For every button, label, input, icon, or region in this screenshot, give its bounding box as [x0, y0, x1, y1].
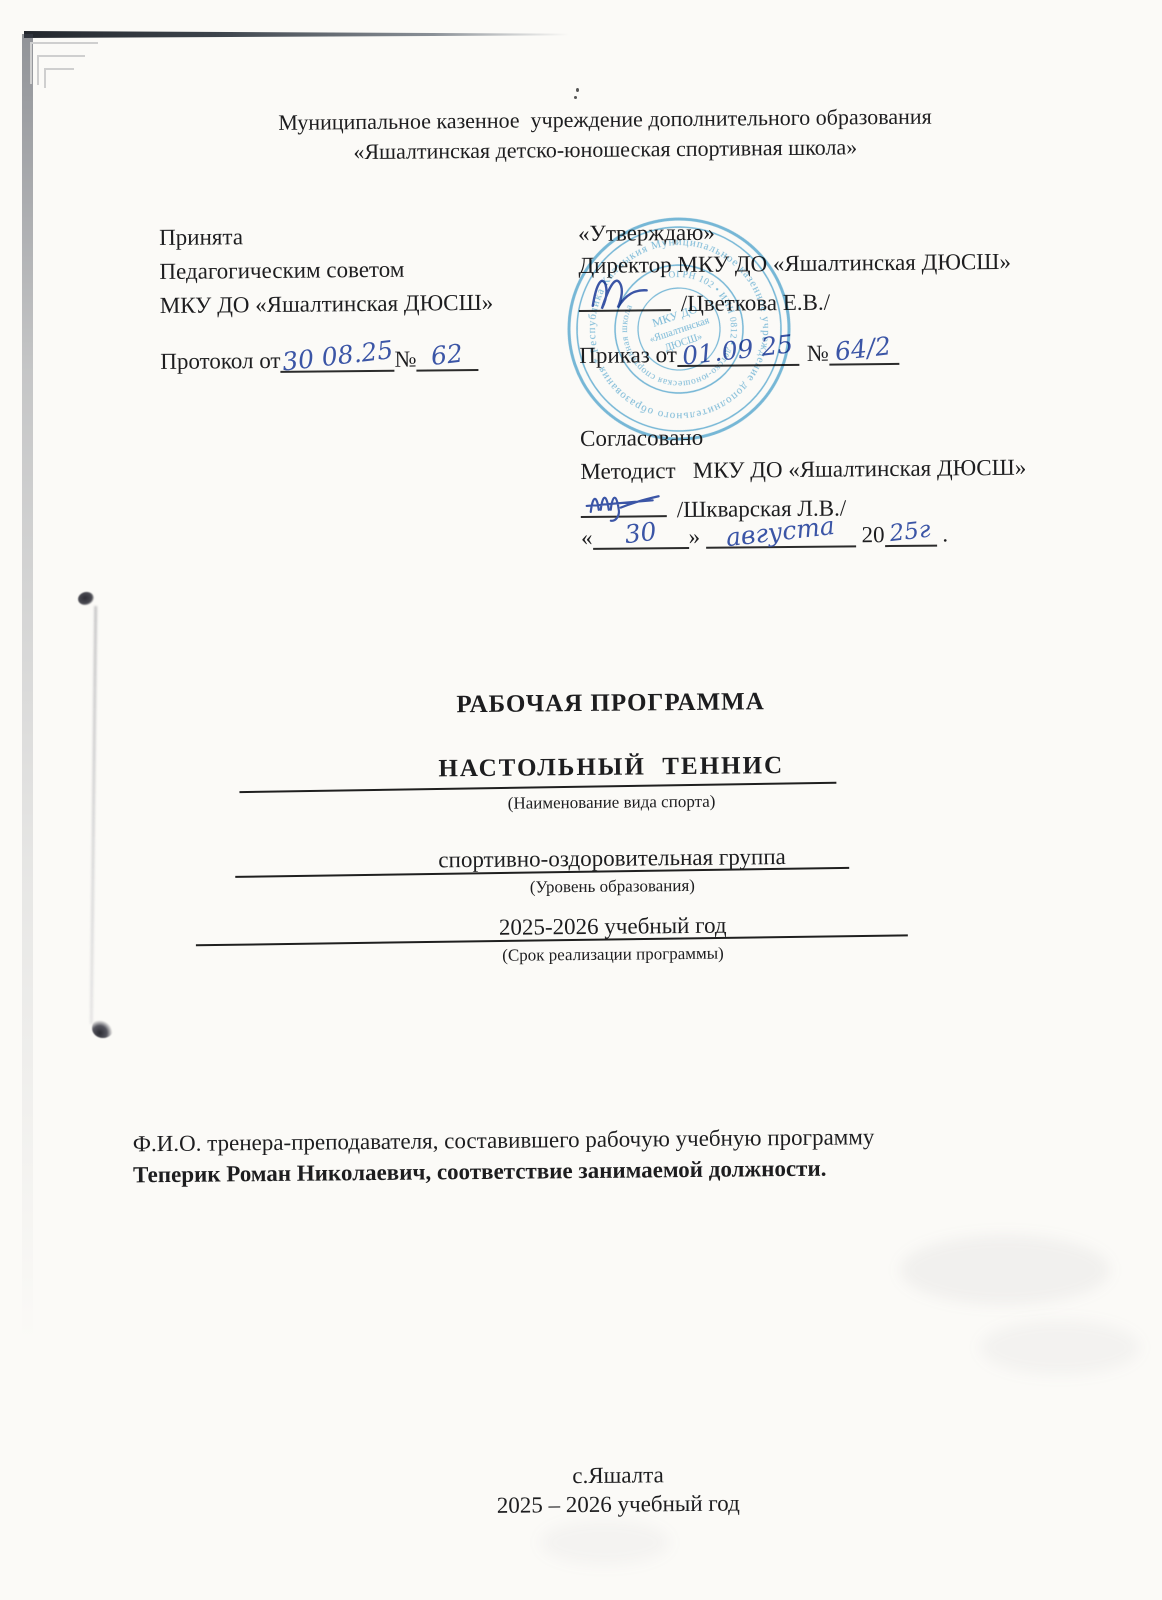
protocol-no-sign: № — [394, 347, 416, 372]
agreed-date-line: «30» августа 2025г . — [581, 520, 948, 552]
day-handwriting: 30 — [623, 519, 657, 547]
document-title: РАБОЧАЯ ПРОГРАММА — [58, 682, 1162, 724]
accepted-line1: Принята — [159, 223, 243, 253]
agreed-line2: Методист МКУ ДО «Яшалтинская ДЮСШ» — [580, 454, 1026, 487]
year-handwriting: 25г — [889, 519, 932, 547]
protocol-line: Протокол от30 08.25№62 — [160, 345, 478, 377]
quote-close: » — [688, 524, 700, 549]
sport-caption: (Наименование вида спорта) — [59, 786, 1162, 818]
month-slot: августа — [706, 521, 856, 548]
year-prefix: 20 — [861, 522, 884, 547]
document-content: Муниципальное казенное учреждение дополн… — [0, 0, 1162, 1600]
methodist-signature-slot — [581, 491, 667, 518]
author-intro: Ф.И.О. тренера-преподавателя, составивше… — [133, 1123, 875, 1159]
accepted-line2: Педагогическим советом — [159, 256, 404, 287]
order-number-handwriting: 64/2 — [834, 333, 893, 364]
quote-open: « — [581, 525, 593, 550]
day-slot: 30 — [592, 523, 688, 550]
order-number-slot: 64/2 — [829, 339, 899, 366]
protocol-number-slot: 62 — [416, 345, 478, 372]
accepted-line3: МКУ ДО «Яшалтинская ДЮСШ» — [160, 289, 494, 321]
protocol-prefix: Протокол от — [160, 348, 280, 374]
year-slot: 25г — [884, 521, 936, 547]
author-name: Теперик Роман Николаевич, соответствие з… — [133, 1155, 827, 1190]
protocol-date-slot: 30 08.25 — [280, 346, 394, 373]
date-period: . — [936, 521, 948, 546]
scanned-document-page: Муниципальное казенное учреждение дополн… — [0, 0, 1162, 1600]
protocol-number-handwriting: 62 — [430, 341, 464, 369]
protocol-date-handwriting: 30 08.25 — [280, 337, 393, 375]
sport-value: НАСТОЛЬНЫЙ ТЕННИС — [59, 746, 1162, 788]
agreed-line1: Согласовано — [580, 424, 703, 454]
